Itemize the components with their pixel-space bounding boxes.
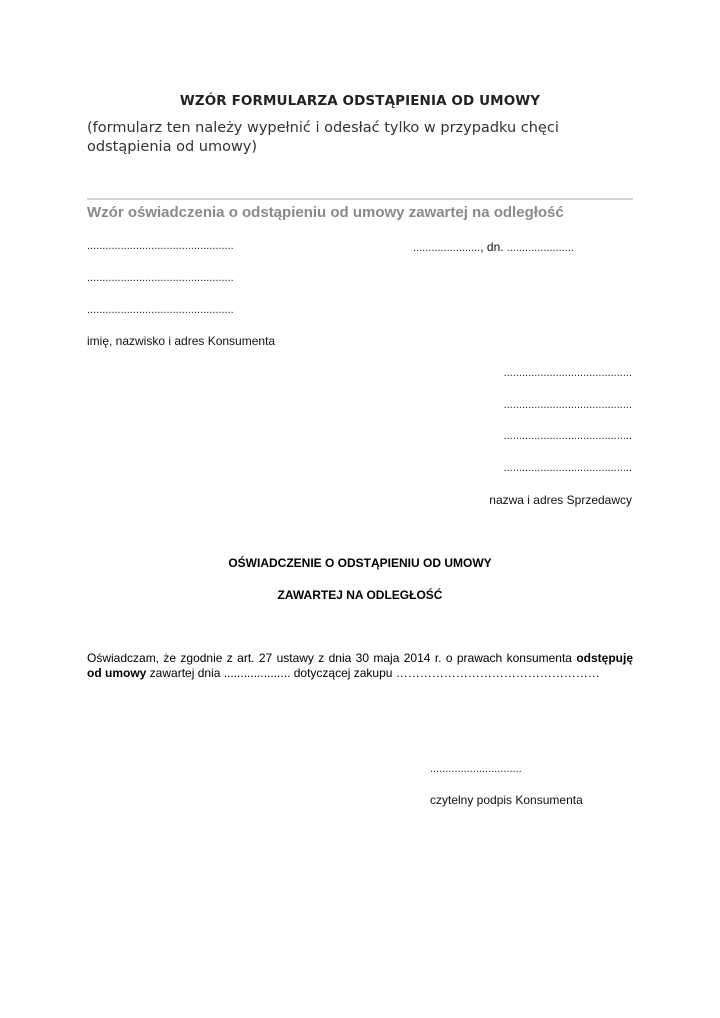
place-date-field: ......................, dn. ............… (413, 240, 574, 254)
section-divider (87, 198, 633, 200)
seller-line-1: ........................................… (504, 367, 632, 379)
declaration-heading-line-2: ZAWARTEJ NA ODLEGŁOŚĆ (0, 588, 720, 602)
consumer-line-3: ........................................… (87, 304, 234, 316)
document-title: WZÓR FORMULARZA ODSTĄPIENIA OD UMOWY (0, 93, 720, 109)
statement-text-1: Oświadczam, że zgodnie z art. 27 ustawy … (87, 651, 576, 665)
seller-line-4: ........................................… (504, 462, 632, 474)
section-heading: Wzór oświadczenia o odstąpieniu od umowy… (87, 204, 564, 221)
consumer-line-1: ........................................… (87, 240, 234, 252)
date-dots: ...................... (507, 242, 574, 254)
date-separator: , dn. (480, 240, 503, 254)
statement-text-2: zawartej dnia .................... dotyc… (146, 666, 599, 680)
declaration-statement: Oświadczam, że zgodnie z art. 27 ustawy … (87, 651, 633, 681)
seller-line-2: ........................................… (504, 399, 632, 411)
consumer-line-2: ........................................… (87, 272, 234, 284)
signature-line: .............................. (430, 763, 522, 775)
document-subtitle: (formularz ten należy wypełnić i odesłać… (87, 119, 647, 157)
consumer-caption: imię, nazwisko i adres Konsumenta (87, 334, 275, 348)
place-dots: ...................... (413, 242, 480, 254)
seller-line-3: ........................................… (504, 430, 632, 442)
seller-caption: nazwa i adres Sprzedawcy (489, 493, 632, 507)
signature-caption: czytelny podpis Konsumenta (430, 793, 583, 807)
declaration-heading-line-1: OŚWIADCZENIE O ODSTĄPIENIU OD UMOWY (0, 556, 720, 570)
